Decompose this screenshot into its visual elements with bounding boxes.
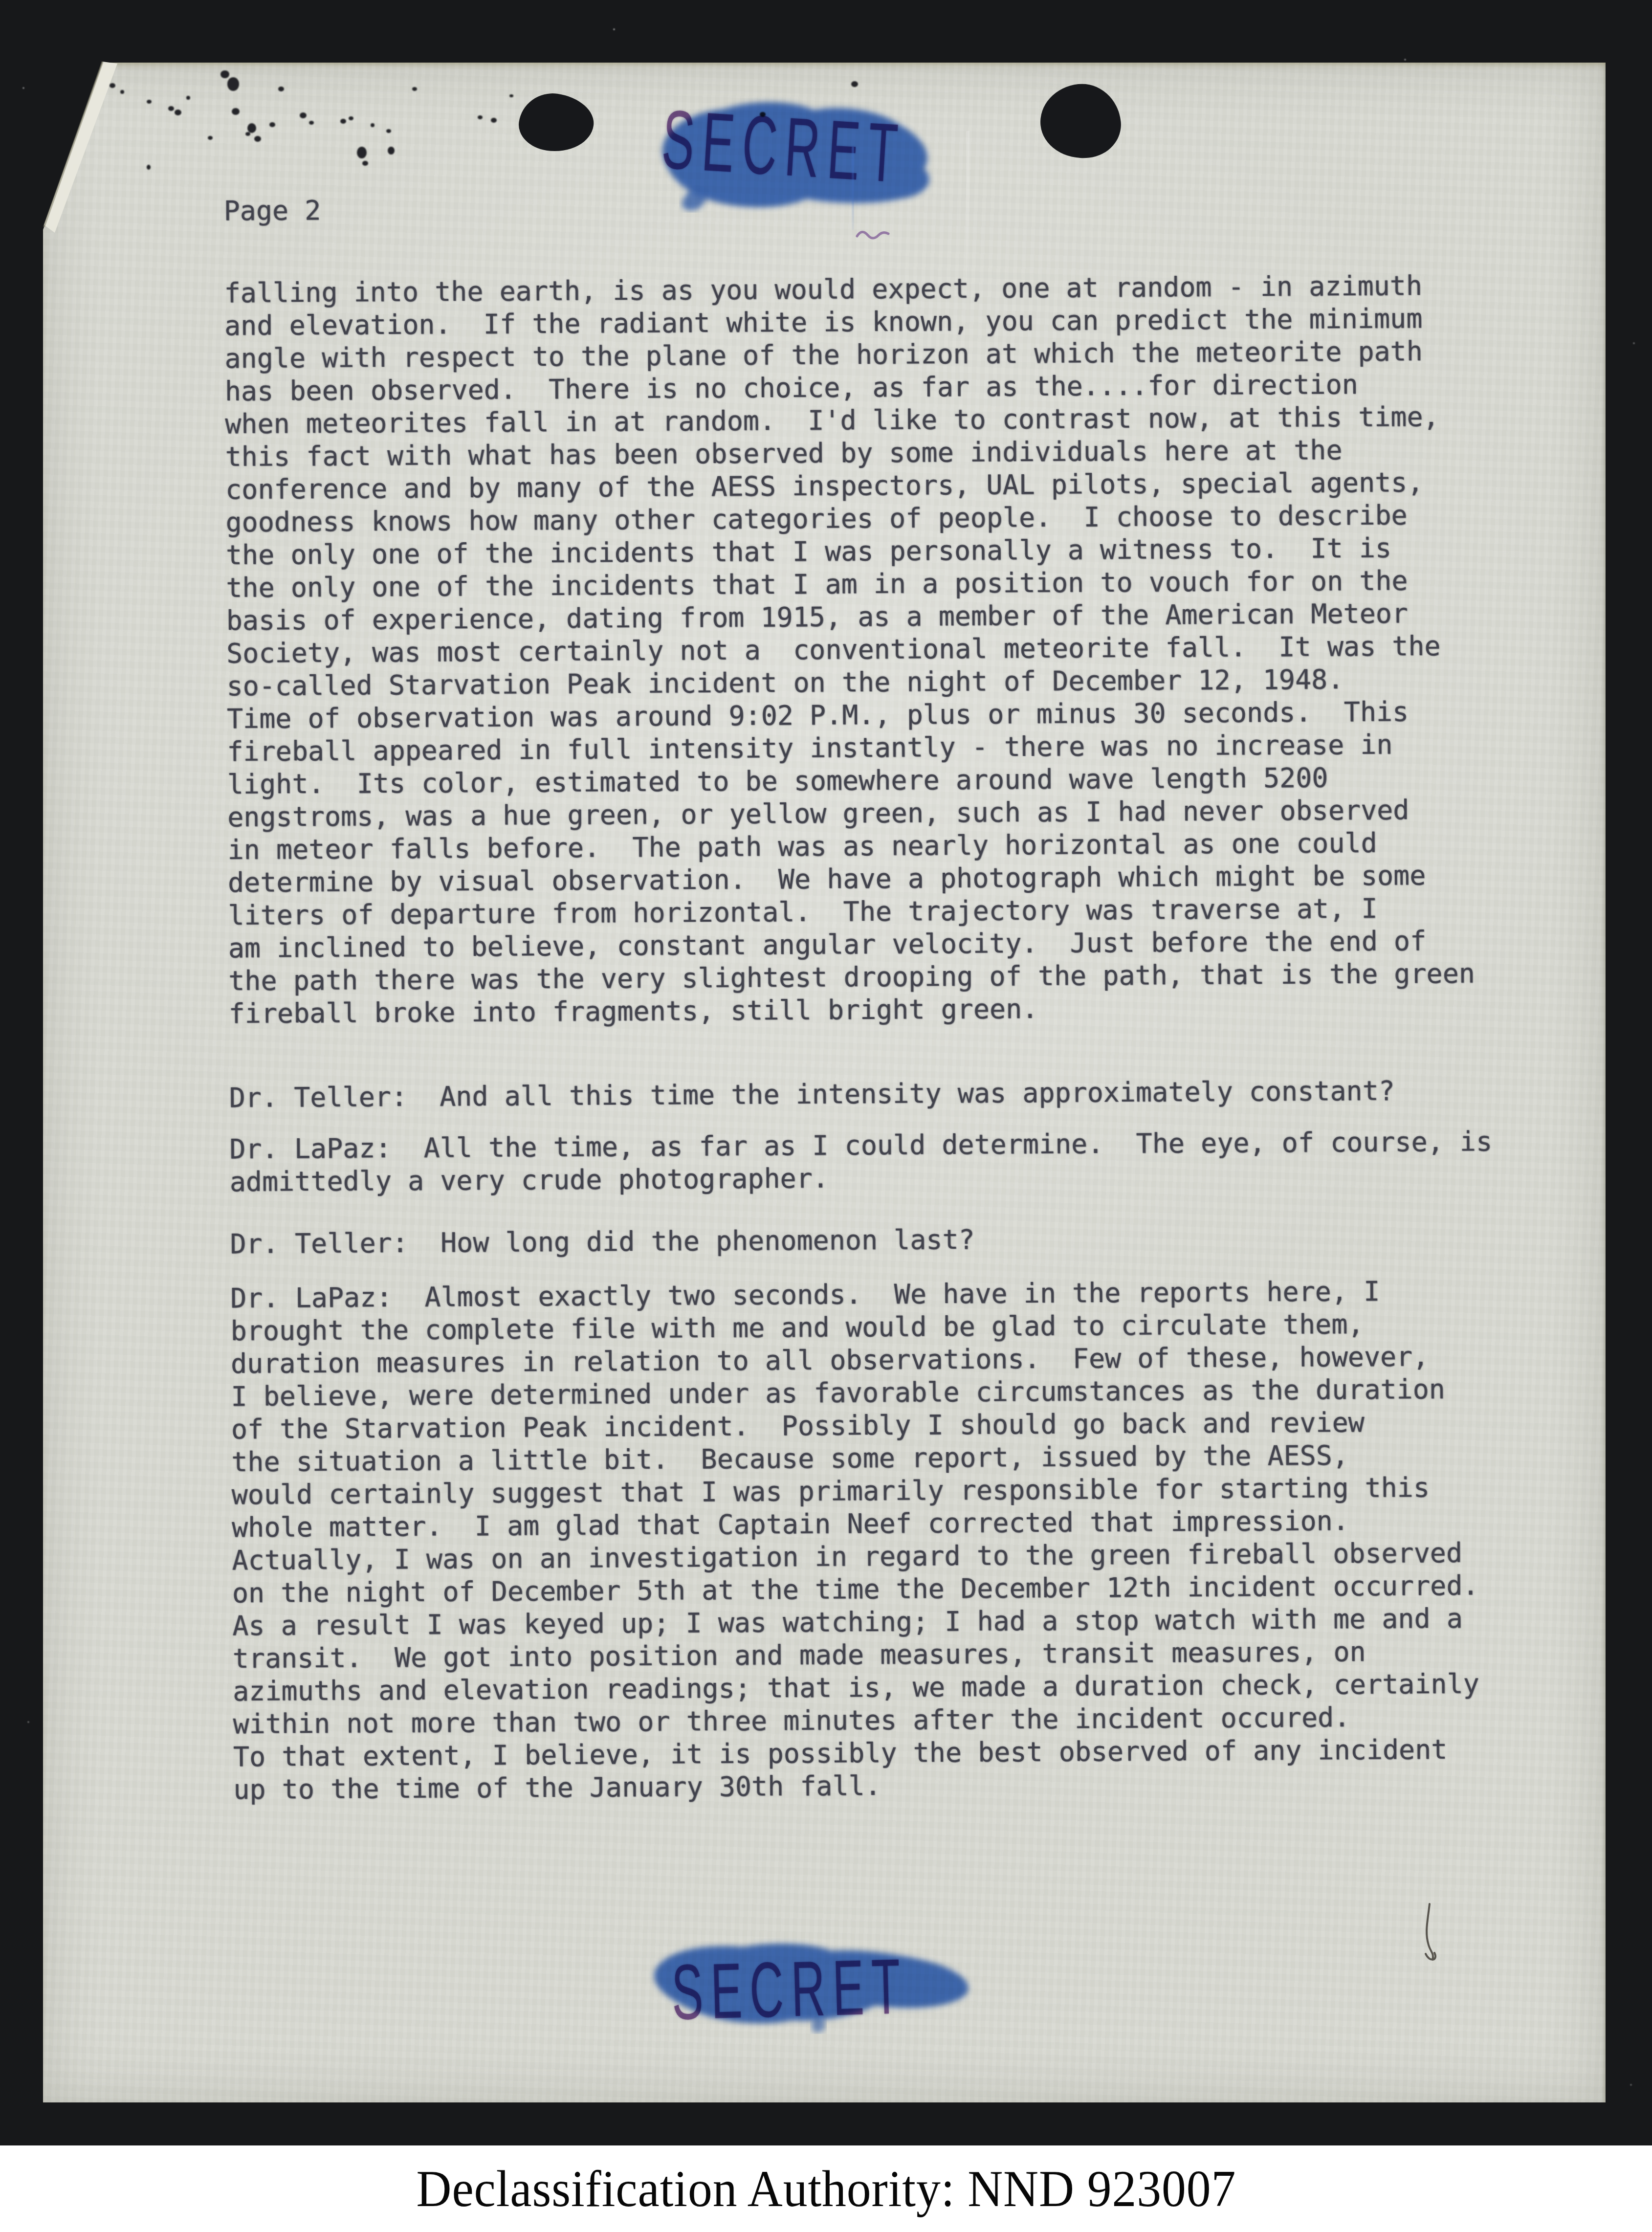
typewritten-text: Page 2 falling into the earth, is as you… xyxy=(222,0,1580,2102)
scanner-dust xyxy=(0,0,2,2)
transcript-paragraph: falling into the earth, is as you would … xyxy=(224,269,1475,1030)
scanned-document-view: SECRET Page 2 falling into the earth, is… xyxy=(0,0,1652,2232)
declassification-text: Declassification Authority: NND 923007 xyxy=(416,2159,1236,2219)
declassification-strip: Declassification Authority: NND 923007 xyxy=(0,2145,1652,2232)
pen-mark xyxy=(1408,1902,1457,1975)
secret-stamp-bottom: SECRET xyxy=(671,1947,909,2032)
transcript-paragraph: Dr. LaPaz: Almost exactly two seconds. W… xyxy=(230,1274,1480,1806)
page-number: Page 2 xyxy=(223,194,321,227)
transcript-paragraph: Dr. Teller: And all this time the intens… xyxy=(229,1074,1395,1114)
transcript-paragraph: Dr. LaPaz: All the time, as far as I cou… xyxy=(229,1125,1493,1198)
transcript-paragraph: Dr. Teller: How long did the phenomenon … xyxy=(230,1223,975,1260)
